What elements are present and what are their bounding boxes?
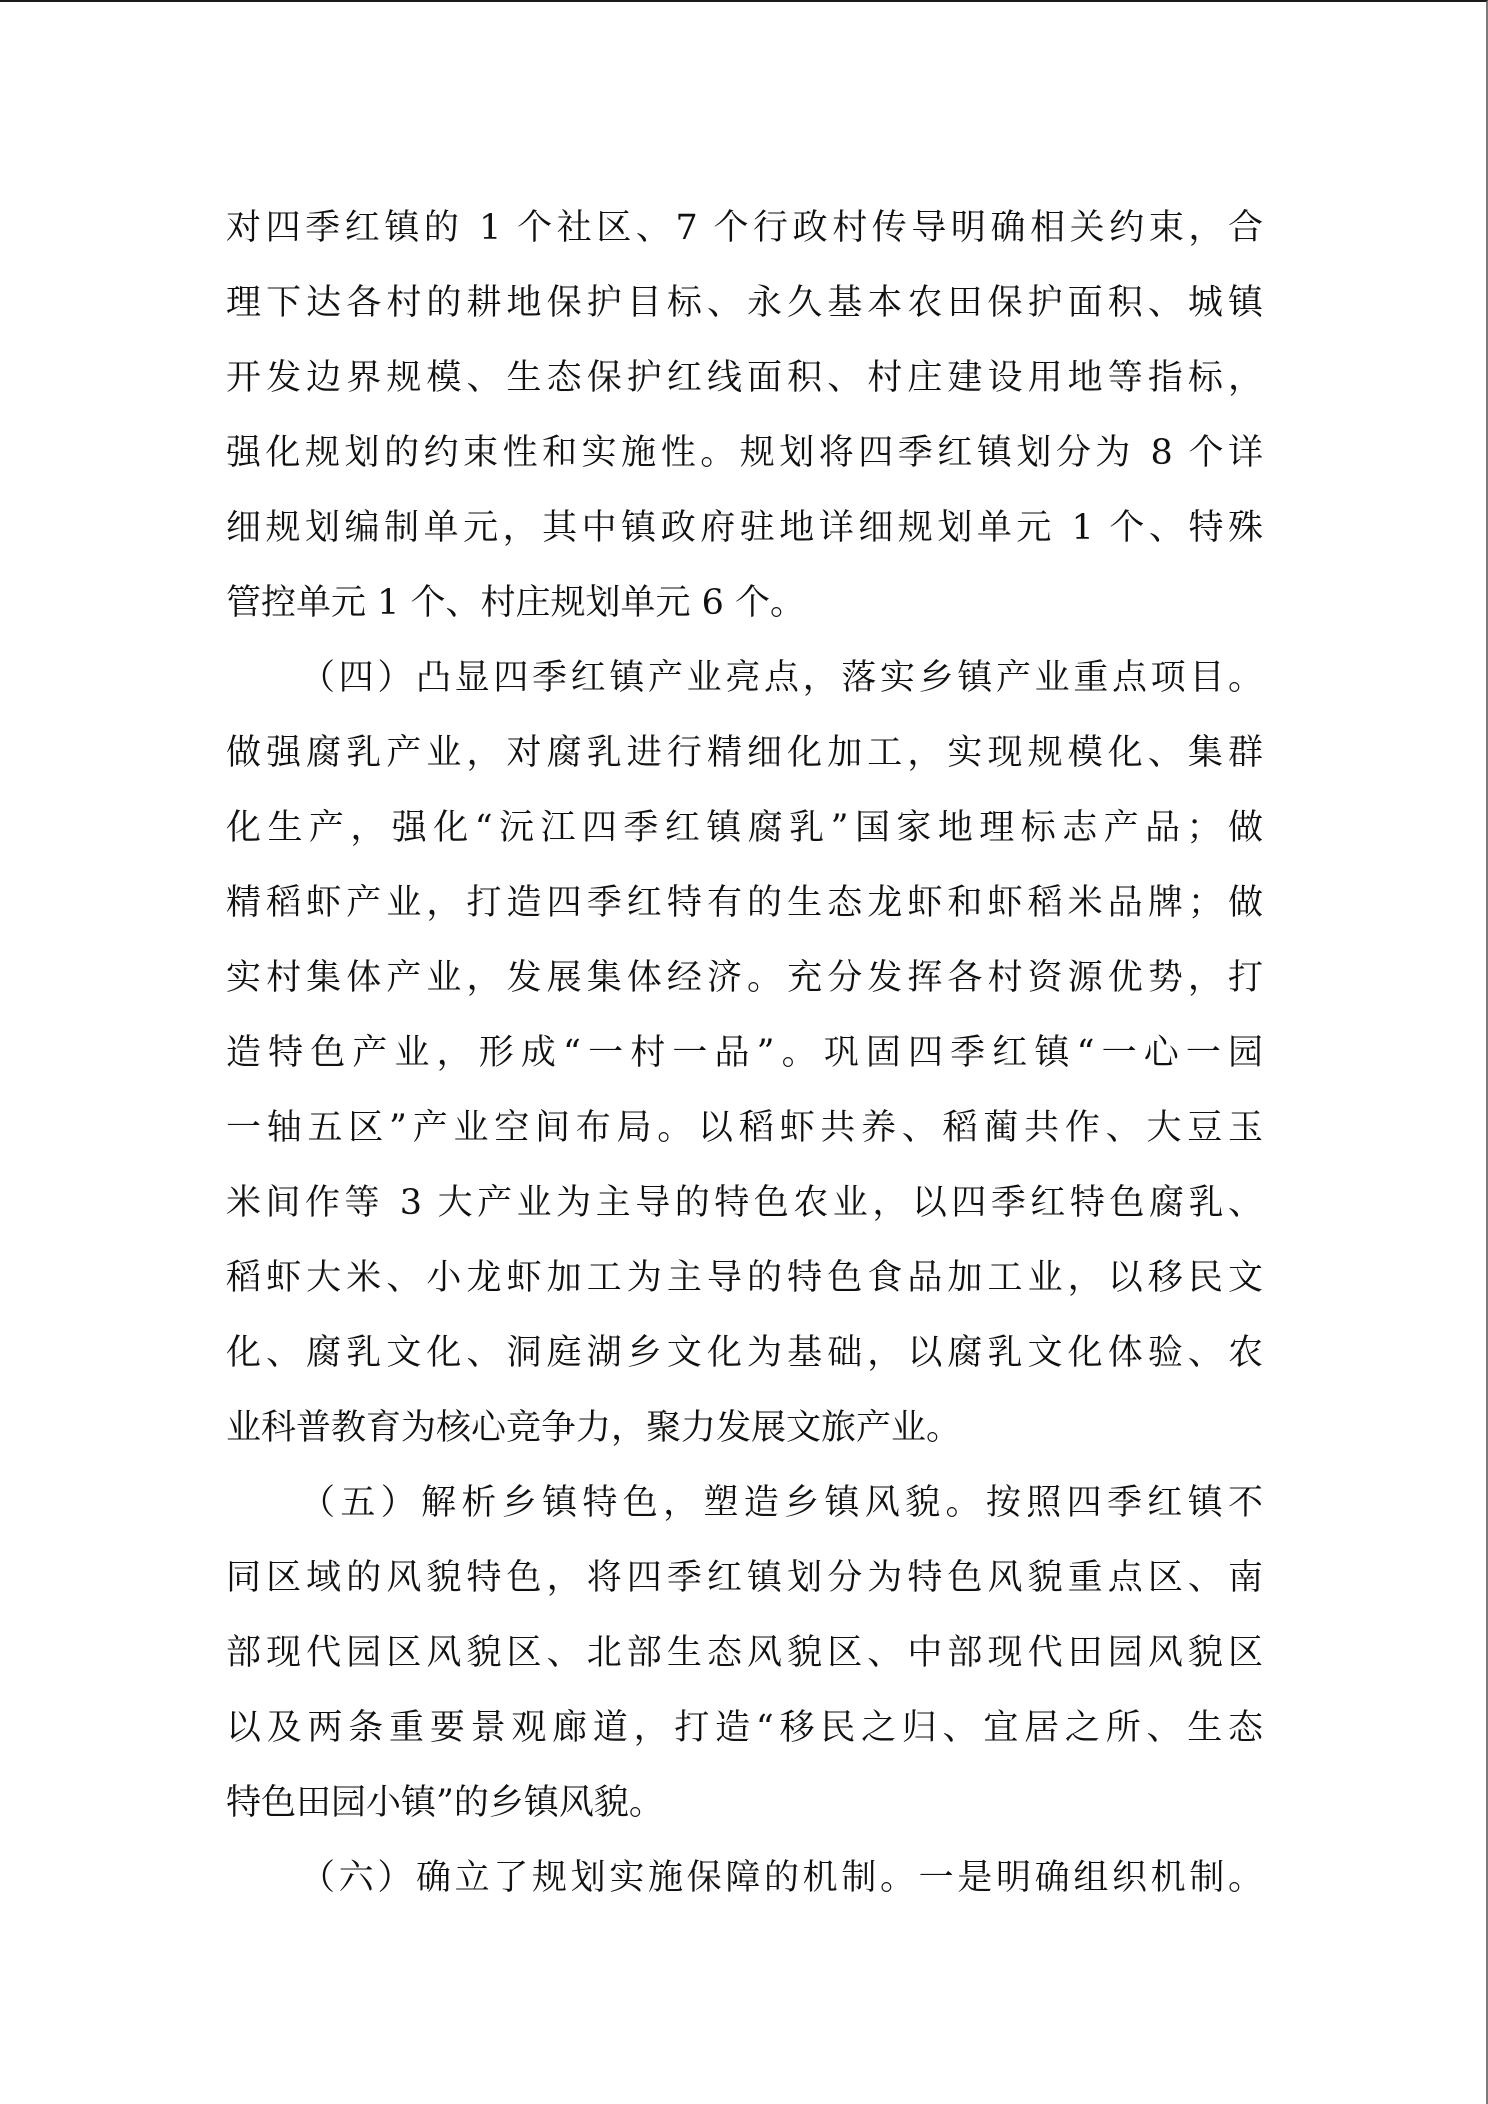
text-line: 对四季红镇的 1 个社区、7 个行政村传导明确相关约束，合 [226, 191, 1263, 266]
section-heading-4: （四）凸显四季红镇产业亮点，落实乡镇产业重点项目。 [226, 641, 1263, 716]
text-line: 化生产，强化“沅江四季红镇腐乳”国家地理标志产品；做 [226, 791, 1263, 866]
section-heading-6: （六）确立了规划实施保障的机制。一是明确组织机制。 [226, 1841, 1263, 1916]
paragraph-mechanism: （六）确立了规划实施保障的机制。一是明确组织机制。 [226, 1841, 1263, 1916]
text-line: 以及两条重要景观廊道，打造“移民之归、宜居之所、生态 [226, 1691, 1263, 1766]
text-line: 实村集体产业，发展集体经济。充分发挥各村资源优势，打 [226, 941, 1263, 1016]
text-line: 米间作等 3 大产业为主导的特色农业，以四季红特色腐乳、 [226, 1166, 1263, 1241]
text-line: 特色田园小镇”的乡镇风貌。 [226, 1766, 1263, 1841]
text-line: 造特色产业，形成“一村一品”。巩固四季红镇“一心一园 [226, 1016, 1263, 1091]
text-line: 理下达各村的耕地保护目标、永久基本农田保护面积、城镇 [226, 266, 1263, 341]
body-text: 对四季红镇的 1 个社区、7 个行政村传导明确相关约束，合 理下达各村的耕地保护… [226, 191, 1263, 1916]
text-line: 业科普教育为核心竞争力，聚力发展文旅产业。 [226, 1391, 1263, 1466]
text-line: 同区域的风貌特色，将四季红镇划分为特色风貌重点区、南 [226, 1541, 1263, 1616]
text-line: 一轴五区”产业空间布局。以稻虾共养、稻蔺共作、大豆玉 [226, 1091, 1263, 1166]
text-line: 管控单元 1 个、村庄规划单元 6 个。 [226, 566, 1263, 641]
text-line: 精稻虾产业，打造四季红特有的生态龙虾和虾稻米品牌；做 [226, 866, 1263, 941]
paragraph-constraints: 对四季红镇的 1 个社区、7 个行政村传导明确相关约束，合 理下达各村的耕地保护… [226, 191, 1263, 641]
paragraph-industry: （四）凸显四季红镇产业亮点，落实乡镇产业重点项目。 做强腐乳产业，对腐乳进行精细… [226, 641, 1263, 1466]
text-line: 细规划编制单元，其中镇政府驻地详细规划单元 1 个、特殊 [226, 491, 1263, 566]
paragraph-townscape: （五）解析乡镇特色，塑造乡镇风貌。按照四季红镇不 同区域的风貌特色，将四季红镇划… [226, 1466, 1263, 1841]
text-line: 稻虾大米、小龙虾加工为主导的特色食品加工业，以移民文 [226, 1241, 1263, 1316]
text-line: 强化规划的约束性和实施性。规划将四季红镇划分为 8 个详 [226, 416, 1263, 491]
text-line: 化、腐乳文化、洞庭湖乡文化为基础，以腐乳文化体验、农 [226, 1316, 1263, 1391]
section-heading-5: （五）解析乡镇特色，塑造乡镇风貌。按照四季红镇不 [226, 1466, 1263, 1541]
text-line: 做强腐乳产业，对腐乳进行精细化加工，实现规模化、集群 [226, 716, 1263, 791]
document-page: 对四季红镇的 1 个社区、7 个行政村传导明确相关约束，合 理下达各村的耕地保护… [0, 0, 1488, 2104]
text-line: 开发边界规模、生态保护红线面积、村庄建设用地等指标， [226, 341, 1263, 416]
text-line: 部现代园区风貌区、北部生态风貌区、中部现代田园风貌区 [226, 1616, 1263, 1691]
